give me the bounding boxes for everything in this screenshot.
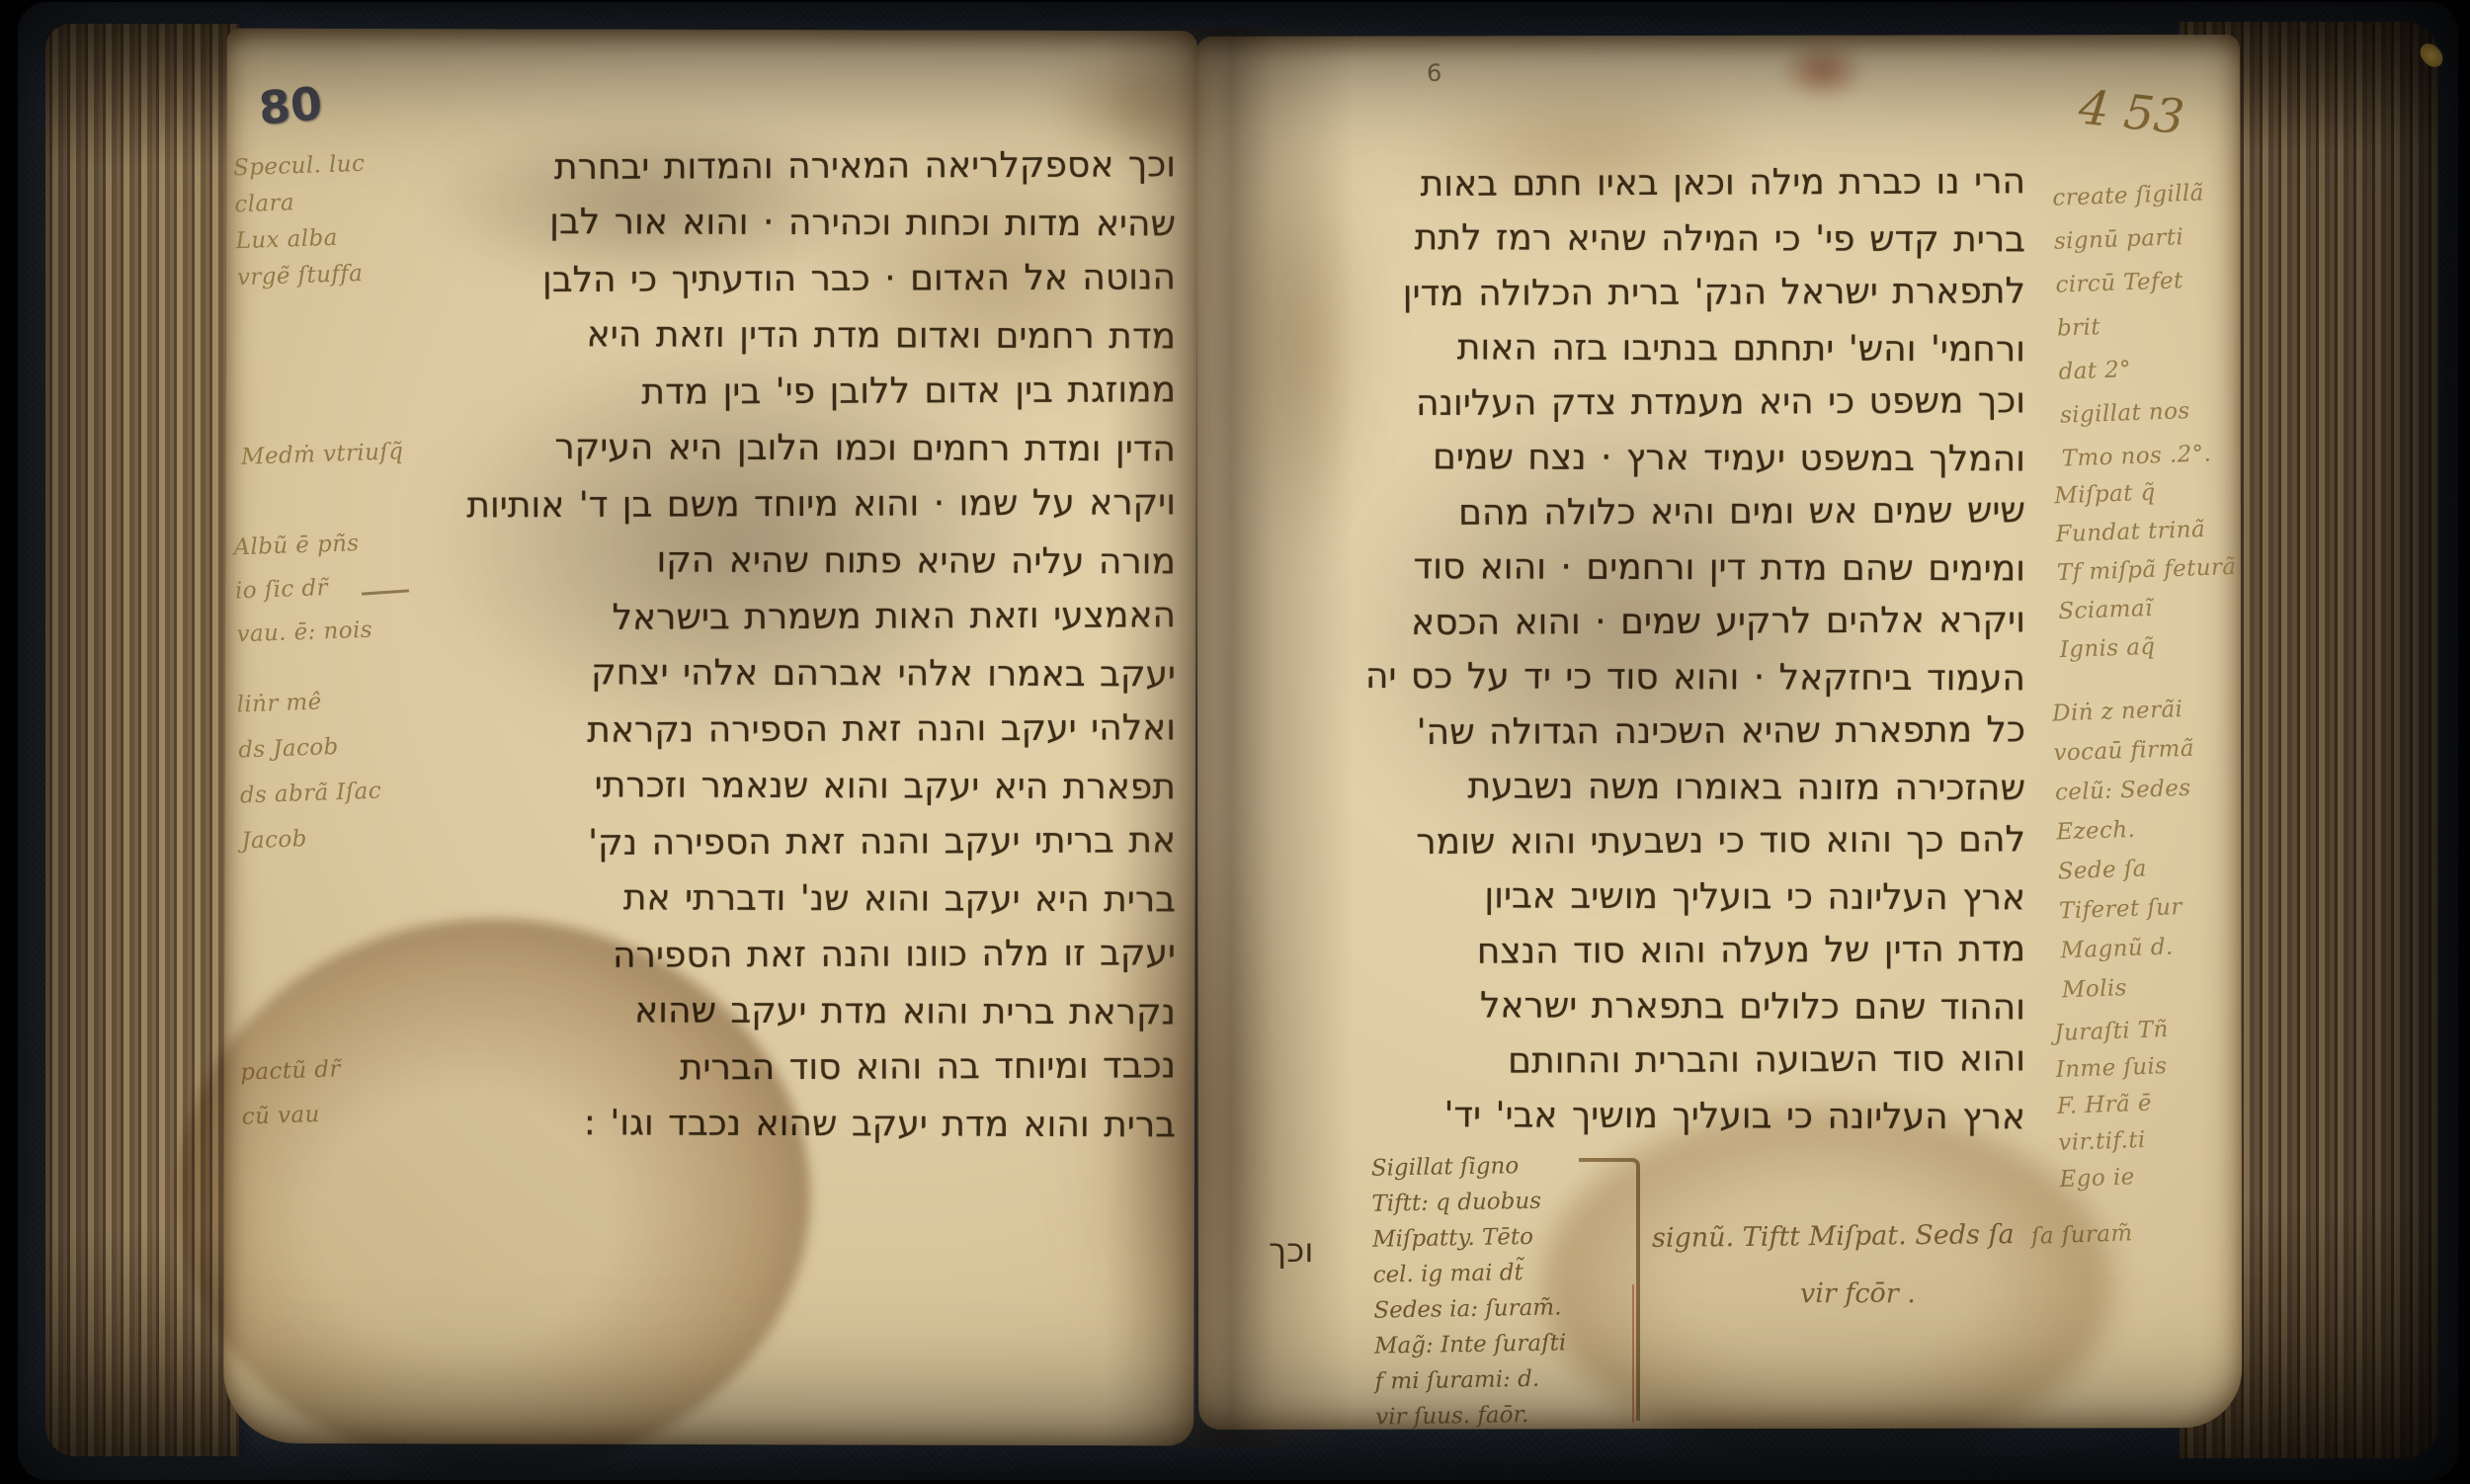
hebrew-text-line: הדין ומדת רחמים וכמו הלובן היא העיקר (403, 419, 1176, 478)
margin-note-line: celũ: Sedes (2054, 769, 2196, 813)
bottom-note-block: Sigillat ſigno Tiftt: q duobus Miſpatty.… (1371, 1147, 1568, 1435)
margin-note-line: Jacob (241, 813, 384, 864)
hebrew-text-line: ומימים שהם מדת דין ורחמים · והוא סוד (1253, 538, 2025, 596)
right-margin-note-block: Diṅ z nerãi vocaū firmã celũ: Sedes Ezec… (2051, 690, 2202, 1011)
hebrew-text-line: נכבד ומיוחד בה והוא סוד הברית (403, 1037, 1176, 1097)
hebrew-text-line: ממוזגת בין אדום ללובן פי' בין מדת (403, 362, 1176, 421)
hebrew-text-line: מורה עליה שהיא פתוח שהיא הקו (403, 532, 1176, 591)
hebrew-text-line: נקראת ברית והוא מדת יעקב שהוא (403, 982, 1176, 1041)
margin-note-line: vau. ē: nois (236, 609, 373, 657)
left-page-edges (45, 24, 239, 1456)
hebrew-text-line: כל מתפארת שהיא השכינה הגדולה שה' (1253, 702, 2025, 761)
bottom-note-line: Sigillat ſigno (1371, 1147, 1564, 1186)
margin-note-line: Magnũ d. (2060, 926, 2202, 970)
right-margin-note-block: create ſigillã signū parti circū Tefet b… (2052, 171, 2214, 480)
margin-note-line: signū parti (2053, 214, 2206, 263)
bottom-note-line: Miſpatty. Tēto (1372, 1218, 1565, 1257)
bottom-note-line: Sedes ia: ſuram̃. (1373, 1289, 1566, 1328)
left-margin-note-block: Albũ ē pñs io ſic dr̃ vau. ē: nois (233, 522, 373, 657)
margin-note-line: clara (234, 183, 367, 224)
right-margin-note-block: Juraſti Tñ Inme ſuis F. Hrã ē vir.tif.ti… (2054, 1012, 2175, 1198)
margin-note-line: Medṁ vtriuſq̃ (240, 434, 404, 476)
hebrew-text-line: שהיא מדות וכחות וכהירה · והוא אור לבן (403, 194, 1176, 253)
folio-number-left: 80 (257, 76, 324, 134)
margin-note-line: Sciamaĩ (2058, 587, 2239, 631)
margin-note-line: brit (2056, 301, 2209, 350)
right-margin-note-block: Miſpat q̃ Fundat trinã Tf miſpã feturã S… (2054, 471, 2240, 670)
margin-note-line: Juraſti Tñ (2054, 1012, 2170, 1052)
left-margin-note-block: liṅr mê ds Jacob ds abrã Iſac Jacob (236, 678, 384, 865)
margin-note-line: sigillat nos (2059, 388, 2212, 437)
hebrew-text-line: שהזכירה מזונה באומרו משה נשבעת (1253, 758, 2025, 815)
hebrew-text-line: וההוד שהם כלולים בתפארת ישראל (1253, 977, 2025, 1034)
margin-note-line: Tiferet ſur (2058, 886, 2200, 931)
margin-note-line: Sede ſa (2057, 848, 2199, 892)
margin-note-line: F. Hrã ē (2056, 1085, 2172, 1125)
margin-note-line: liṅr mê (236, 678, 379, 728)
hebrew-text-line: ברית קדש פי' כי המילה שהיא רמז לתת (1253, 209, 2025, 267)
margin-note-line: cũ vau (241, 1092, 343, 1140)
margin-note-line: Fundat trinã (2055, 510, 2236, 554)
bottom-note-line: cel. ig mai dt̃ (1372, 1254, 1565, 1292)
bottom-note-right-line2: vir fcōr . (1800, 1278, 1916, 1309)
hebrew-text-line: הרי נו כברת מילה וכאן באיו חתם באות (1253, 154, 2025, 212)
bottom-note-line: vir ſuus. faōr. (1375, 1396, 1568, 1435)
margin-note-line: dat 2° (2058, 345, 2211, 393)
folio-number-right: 4 53 (2076, 80, 2186, 146)
margin-note-line: pactũ dr̃ (239, 1047, 341, 1096)
hebrew-text-line: והוא סוד השבועה והברית והחותם (1253, 1031, 2025, 1090)
hebrew-text-line: ויקרא אלהים לרקיע שמים · והוא הכסא (1253, 593, 2025, 651)
hebrew-text-line: ארץ העליונה כי בועליך מושיב אביון (1253, 867, 2025, 925)
margin-note-line: Lux alba (235, 219, 368, 261)
left-margin-note-block: Medṁ vtriuſq̃ (240, 434, 404, 476)
margin-note-line: Albũ ē pñs (233, 522, 370, 570)
margin-note-line: Ignis aq̃ (2059, 625, 2240, 670)
hebrew-text-line: ויקרא על שמו · והוא מיוחד משם בן ד' אותי… (403, 474, 1176, 534)
hebrew-text-line: לתפארת ישראל הנק' ברית הכלולה מדין (1253, 264, 2025, 322)
margin-note-line: vocaū firmã (2053, 729, 2195, 774)
hebrew-text-line: ורחמי' והש' יתחתם בנתיבו בזה האות (1253, 319, 2025, 376)
left-margin-note-block: pactũ dr̃ cũ vau (239, 1047, 343, 1139)
hebrew-text-line: הנוטה אל האדום · כבר הודעתיך כי הלבן (403, 249, 1176, 308)
right-page-text: הרי נו כברת מילה וכאן באיו חתם באות ברית… (1253, 156, 2025, 1143)
margin-note-line: Ego ie (2059, 1158, 2175, 1198)
margin-note-line: vir.tif.ti (2058, 1121, 2174, 1162)
hebrew-text-line: את בריתי יעקב והנה זאת הספירה נק' (403, 812, 1176, 871)
margin-note-line: Inme ſuis (2055, 1048, 2171, 1089)
right-margin-note-block: ſa ſuram̃ (2030, 1215, 2133, 1256)
hebrew-text-line: יעקב באמרו אלהי אברהם אלהי יצחק (403, 644, 1176, 703)
hebrew-text-line: יעקב זו מלה כוונו והנה זאת הספירה (403, 925, 1176, 984)
margin-note-line: Molis (2061, 965, 2203, 1010)
top-quire-mark: 6 (1427, 59, 1441, 87)
bottom-note-line: f mi ſurami: d. (1374, 1360, 1567, 1399)
margin-note-line: io ſic dr̃ (234, 565, 371, 614)
left-page-text: וכך אספקלריאה המאירה והמדות יבחרת שהיא מ… (403, 138, 1176, 1152)
bottom-hebrew-catchword: וכך (1269, 1231, 1314, 1271)
red-ink-line (1632, 1284, 1634, 1423)
hebrew-text-line: וכך משפט כי היא מעמדת צדק העליונה (1253, 373, 2025, 432)
manuscript-photo: 80 4 53 6 וכך אספקלריאה המאירה והמדות יב… (0, 0, 2470, 1484)
hebrew-text-line: האמצעי וזאת האות משמרת בישראל (403, 587, 1176, 646)
margin-note-line: create ſigillã (2052, 171, 2205, 219)
hebrew-text-line: מדת הדין של מעלה והוא סוד הנצח (1253, 922, 2025, 980)
hebrew-text-line: מדת רחמים ואדום מדת הדין וזאת היא (403, 306, 1176, 366)
margin-note-line: ds Jacob (237, 723, 380, 774)
bottom-note-right: signũ. Tiftt Miſpat. Seds ſa (1652, 1219, 2015, 1254)
hebrew-text-line: ואלהי יעקב והנה זאת הספירה נקראת (403, 700, 1176, 759)
hebrew-text-line: ברית והוא מדת יעקב שהוא נכבד וגו' : (403, 1095, 1176, 1154)
margin-note-line: Tf miſpã feturã (2056, 548, 2237, 593)
margin-note-line: Ezech. (2056, 808, 2198, 853)
margin-note-line: Diṅ z nerãi (2051, 690, 2193, 734)
left-margin-note-block: Specul. luc clara Lux alba vrgẽ ſtuffa (232, 146, 369, 297)
hebrew-text-line: העמוד ביחזקאל · והוא סוד כי יד על כס יה (1253, 648, 2025, 705)
bottom-note-line: Mag̃: Inte ſuraſti (1374, 1325, 1567, 1363)
hebrew-text-line: ארץ העליונה כי בועליך מושיך אבי' יד' (1253, 1087, 2025, 1144)
margin-note-line: circū Tefet (2055, 258, 2208, 306)
hebrew-text-line: ברית היא יעקב והוא שנ' ודברתי את (403, 869, 1176, 929)
hebrew-text-line: והמלך במשפט יעמיד ארץ · נצח שמים (1253, 429, 2025, 486)
annotation-bracket (1579, 1158, 1640, 1421)
hebrew-text-line: תפארת היא יעקב והוא שנאמר וזכרתי (403, 757, 1176, 816)
bottom-note-line: Tiftt: q duobus (1371, 1183, 1564, 1221)
margin-note-line: ſa ſuram̃ (2030, 1215, 2133, 1256)
margin-note-line: ds abrã Iſac (239, 768, 382, 818)
margin-note-line: Miſpat q̃ (2054, 471, 2235, 516)
hebrew-text-line: להם כך והוא סוד כי נשבעתי והוא שומר (1253, 812, 2025, 870)
margin-note-line: vrgẽ ſtuffa (236, 256, 369, 297)
margin-note-line: Specul. luc (232, 146, 365, 188)
hebrew-text-line: וכך אספקלריאה המאירה והמדות יבחרת (403, 136, 1176, 196)
hebrew-text-line: שיש שמים אש ומים והיא כלולה מהם (1253, 483, 2025, 541)
